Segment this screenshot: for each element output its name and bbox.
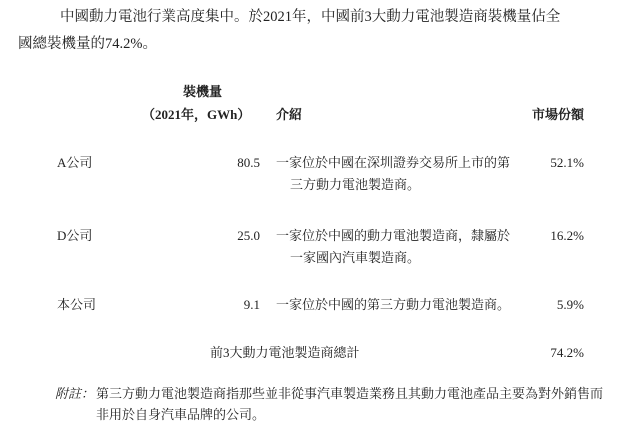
header-installed-line1: 裝機量 [183, 83, 222, 100]
header-description: 介紹 [276, 106, 302, 123]
row-description-line2: 三方動力電池製造商。 [290, 176, 420, 193]
note-label: 附註： [55, 385, 94, 402]
intro-line-2: 國總裝機量的74.2%。 [18, 36, 157, 53]
note-line-1: 第三方動力電池製造商指那些並非從事汽車製造業務且其動力電池產品主要為對外銷售而 [96, 385, 603, 402]
row-company: 本公司 [57, 296, 96, 313]
row-installed: 80.5 [200, 154, 260, 171]
row-share: 52.1% [520, 154, 584, 171]
row-share: 5.9% [520, 296, 584, 313]
row-description-line2: 一家國內汽車製造商。 [290, 249, 420, 266]
intro-line-1: 中國動力電池行業高度集中。於2021年，中國前3大動力電池製造商裝機量佔全 [60, 9, 560, 26]
total-label: 前3大動力電池製造商總計 [210, 344, 360, 361]
row-description-line1: 一家位於中國的動力電池製造商，隸屬於 [276, 227, 510, 244]
row-company: A公司 [57, 154, 92, 171]
row-company: D公司 [57, 227, 92, 244]
row-installed: 25.0 [200, 227, 260, 244]
row-installed: 9.1 [200, 296, 260, 313]
note-line-2: 非用於自身汽車品牌的公司。 [96, 406, 265, 423]
header-market-share: 市場份額 [520, 106, 584, 123]
header-installed-line2: （2021年，GWh） [142, 106, 250, 123]
total-share: 74.2% [520, 344, 584, 361]
row-description-line1: 一家位於中國的第三方動力電池製造商。 [276, 296, 510, 313]
row-description-line1: 一家位於中國在深圳證券交易所上市的第 [276, 154, 510, 171]
row-share: 16.2% [520, 227, 584, 244]
